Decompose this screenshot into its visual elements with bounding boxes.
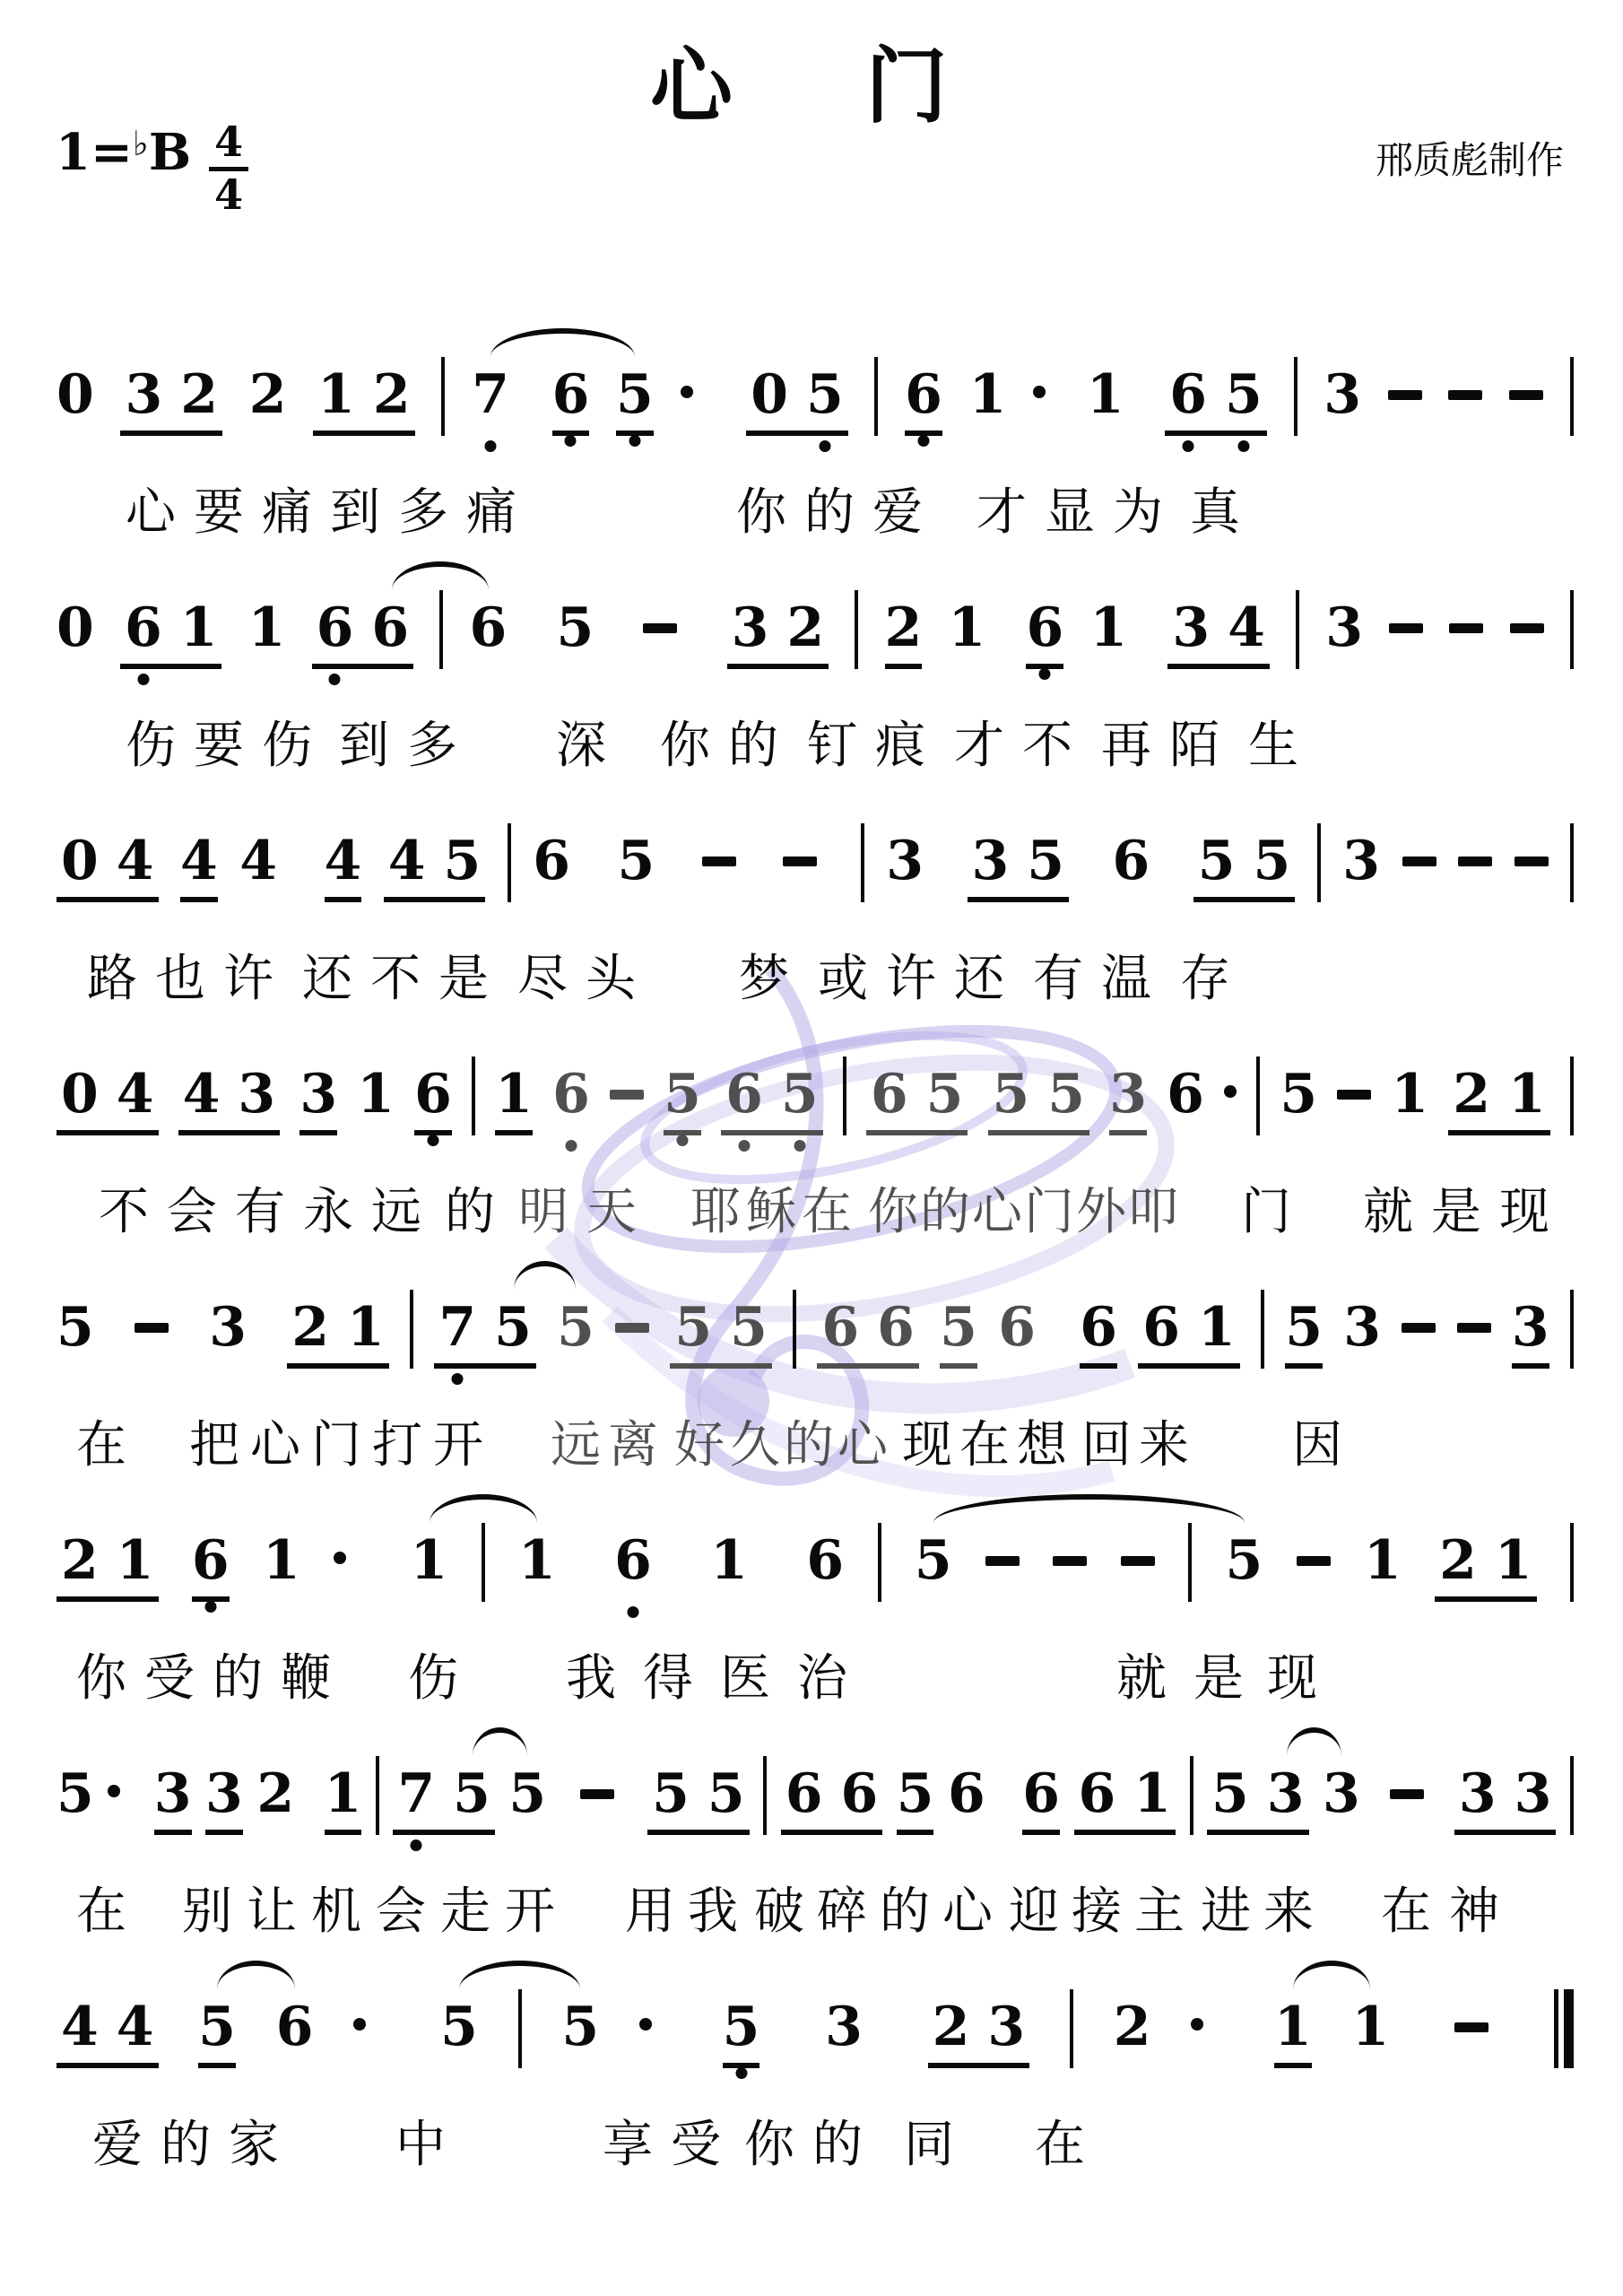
note: 2 <box>1114 2000 1151 2068</box>
note: 6 <box>725 1067 763 1121</box>
note: 1 <box>1391 1067 1428 1135</box>
beam-group: 04 <box>56 834 159 902</box>
note: 1 <box>1274 2000 1312 2068</box>
note: 5 <box>781 1067 819 1121</box>
lyric: 会 <box>167 1187 217 1238</box>
notation-systems: 03221276505611653心要痛到多痛你的爱才显为真0611666532… <box>49 359 1574 2224</box>
note-row: 4456555323211 <box>49 1991 1574 2068</box>
note: 7 <box>438 1300 476 1354</box>
lyric: 的 <box>784 1421 834 1471</box>
note: 6 <box>552 1067 590 1135</box>
beam-group: 66 <box>781 1767 883 1835</box>
barline <box>843 1057 846 1135</box>
octave-dot <box>735 2067 747 2079</box>
system-5: 5321755556656661533在把心门打开远离好久的心现在想回来因 <box>49 1291 1574 1525</box>
note: 6 <box>840 1767 878 1821</box>
note: 5 <box>707 1767 745 1821</box>
beam-group: 66 <box>312 601 414 669</box>
lyric: 的 <box>161 2120 211 2170</box>
duration-dash <box>615 1323 649 1333</box>
lyric: 多 <box>398 488 448 538</box>
lyric: 想 <box>1017 1421 1067 1471</box>
lyric: 天 <box>586 1187 637 1238</box>
lyric: 的 <box>804 488 855 538</box>
note: 0 <box>56 368 94 436</box>
barline <box>861 823 864 902</box>
key-letter: B <box>149 123 191 182</box>
note-row: 21611161655121 <box>49 1525 1574 1602</box>
lyric: 神 <box>1449 1887 1499 1937</box>
note: 5 <box>56 1767 94 1835</box>
duration-dash <box>580 1789 614 1799</box>
note: 3 <box>825 2000 863 2068</box>
lyric: 钉 <box>807 721 857 771</box>
note: 4 <box>117 834 154 888</box>
note: 3 <box>154 1767 192 1835</box>
note: 7 <box>397 1767 435 1821</box>
lyric: 不 <box>370 954 421 1004</box>
note: 0 <box>751 368 788 422</box>
note: 3 <box>299 1067 337 1135</box>
note: 1 <box>317 368 355 422</box>
note: 5 <box>440 2000 478 2068</box>
lyric: 走 <box>440 1887 490 1937</box>
octave-dot <box>1183 440 1194 452</box>
note: 2 <box>786 601 824 655</box>
lyric: 是 <box>438 954 489 1004</box>
note: 3 <box>987 2000 1025 2054</box>
note: 4 <box>117 1067 154 1121</box>
lyric: 的 <box>812 2120 863 2170</box>
credit: 邢质彪制作 <box>1376 142 1564 179</box>
duration-dash <box>1337 1090 1371 1100</box>
beam-group: 65 <box>866 1067 968 1135</box>
beam-group: 65 <box>1165 368 1267 436</box>
beam-group: 61 <box>1074 1767 1176 1835</box>
note: 1 <box>1508 1067 1546 1121</box>
duration-dash <box>1449 623 1483 633</box>
barline <box>878 1523 881 1602</box>
lyric: 迎 <box>1009 1887 1059 1937</box>
augmentation-dot <box>1191 2018 1203 2031</box>
lyric: 许 <box>886 954 936 1004</box>
lyric: 心 <box>942 1887 993 1937</box>
slur <box>490 328 635 357</box>
octave-dot <box>1237 440 1249 452</box>
note: 3 <box>1109 1067 1147 1135</box>
note: 6 <box>806 1534 844 1602</box>
note: 5 <box>616 368 654 436</box>
lyric: 碎 <box>817 1887 867 1937</box>
lyric: 多 <box>407 721 457 771</box>
lyric: 门 <box>311 1421 361 1471</box>
note: 4 <box>239 834 277 902</box>
lyric: 主 <box>1134 1887 1185 1937</box>
note: 3 <box>1267 1767 1305 1821</box>
note: 3 <box>1515 1767 1552 1821</box>
beam-group: 53 <box>1207 1767 1309 1835</box>
lyric: 明 <box>518 1187 568 1238</box>
lyric: 的 <box>880 1887 930 1937</box>
beam-group: 55 <box>988 1067 1090 1135</box>
key-text: 1=♭B <box>56 127 191 178</box>
note: 5 <box>1198 834 1236 888</box>
beam-group: 23 <box>928 2000 1030 2068</box>
lyric: 治 <box>797 1654 847 1704</box>
lyric: 好 <box>674 1421 725 1471</box>
lyric-row: 伤要伤到多深你的钉痕才不再陌生 <box>49 721 1574 771</box>
note: 1 <box>180 601 218 655</box>
lyric: 的 <box>445 1187 495 1238</box>
octave-dot <box>628 1606 639 1618</box>
lyric: 心 <box>250 1421 300 1471</box>
lyric: 稣 <box>746 1187 796 1238</box>
note: 2 <box>180 368 218 422</box>
note: 6 <box>1022 1767 1060 1835</box>
note-row: 0443316165656555365121 <box>49 1058 1574 1135</box>
lyric: 要 <box>194 721 244 771</box>
system-4: 0443316165656555365121不会有永远的明天耶稣在你的心门外叩门… <box>49 1058 1574 1291</box>
note: 3 <box>1459 1767 1497 1821</box>
note: 6 <box>1026 601 1063 669</box>
barline <box>1261 1290 1264 1369</box>
note: 5 <box>652 1767 690 1821</box>
lyric: 有 <box>235 1187 285 1238</box>
note: 5 <box>926 1067 964 1121</box>
octave-dot <box>411 1839 422 1851</box>
octave-dot <box>484 440 496 452</box>
key-signature: 1=♭B 4 4 <box>56 127 248 217</box>
song-title: 心 门 <box>0 45 1623 127</box>
note: 3 <box>732 601 769 655</box>
note: 6 <box>317 601 354 655</box>
note: 1 <box>411 1534 448 1602</box>
barline <box>1570 590 1574 669</box>
duration-dash <box>783 857 817 866</box>
note: 6 <box>1113 834 1150 902</box>
note: 5 <box>1225 368 1263 422</box>
lyric: 痛 <box>262 488 312 538</box>
note: 5 <box>56 1300 94 1369</box>
lyric: 永 <box>303 1187 353 1238</box>
note: 4 <box>117 2000 154 2054</box>
beam-group: 35 <box>968 834 1070 902</box>
note: 6 <box>192 1534 230 1602</box>
lyric: 温 <box>1101 954 1151 1004</box>
lyric: 到 <box>339 721 389 771</box>
duration-dash <box>1389 623 1423 633</box>
lyric: 许 <box>223 954 273 1004</box>
lyric: 外 <box>1076 1187 1126 1238</box>
lyric: 在 <box>1381 1887 1431 1937</box>
barline <box>439 590 443 669</box>
augmentation-dot <box>639 2018 652 2031</box>
lyric-row: 心要痛到多痛你的爱才显为真 <box>49 488 1574 538</box>
octave-dot <box>204 1601 216 1613</box>
note: 1 <box>117 1534 154 1587</box>
lyric: 痕 <box>875 721 925 771</box>
barline <box>1570 1756 1574 1835</box>
lyric: 尽 <box>517 954 568 1004</box>
beam-group: 21 <box>56 1534 159 1602</box>
beam-group: 21 <box>1448 1067 1550 1135</box>
duration-dash <box>1390 1789 1424 1799</box>
lyric: 在 <box>1035 2120 1085 2170</box>
note: 1 <box>357 1067 395 1135</box>
augmentation-dot <box>108 1785 120 1797</box>
note: 2 <box>291 1300 329 1354</box>
note: 2 <box>1439 1534 1477 1587</box>
barline <box>410 1290 413 1369</box>
note: 5 <box>561 2000 599 2068</box>
barline <box>482 1523 485 1602</box>
octave-dot <box>428 1135 439 1146</box>
flat-sign: ♭ <box>133 124 149 163</box>
beam-group: 21 <box>287 1300 389 1369</box>
note: 5 <box>1280 1067 1317 1135</box>
beam-group: 65 <box>721 1067 823 1135</box>
note: 6 <box>1142 1300 1180 1354</box>
lyric: 现 <box>902 1421 952 1471</box>
duration-dash <box>1509 390 1543 400</box>
lyric: 是 <box>1431 1187 1481 1238</box>
lyric: 让 <box>247 1887 297 1937</box>
barline <box>441 357 445 436</box>
system-7: 5332175555665666153333在别让机会走开用我破碎的心迎接主进来… <box>49 1758 1574 1991</box>
lyric: 在 <box>76 1887 126 1937</box>
note: 5 <box>453 1767 490 1821</box>
octave-dot <box>738 1140 750 1152</box>
barline <box>1570 1057 1574 1135</box>
lyric: 心 <box>972 1187 1022 1238</box>
lyric: 伤 <box>408 1654 458 1704</box>
note: 1 <box>1198 1300 1236 1354</box>
lyric: 生 <box>1248 721 1298 771</box>
note: 6 <box>533 834 570 902</box>
note: 6 <box>1080 1300 1117 1369</box>
note: 5 <box>1285 1300 1323 1369</box>
lyric: 也 <box>155 954 205 1004</box>
barline <box>1570 1290 1574 1369</box>
lyric: 是 <box>1193 1654 1244 1704</box>
note: 6 <box>1169 368 1207 422</box>
lyric: 现 <box>1267 1654 1317 1704</box>
barline <box>1317 823 1321 902</box>
duration-dash <box>135 1323 169 1333</box>
note: 6 <box>821 1300 859 1354</box>
lyric: 你 <box>744 2120 794 2170</box>
beam-group: 75 <box>393 1767 495 1835</box>
lyric: 伤 <box>126 721 176 771</box>
barline <box>1070 1989 1073 2068</box>
note: 6 <box>371 601 409 655</box>
note: 5 <box>730 1300 768 1354</box>
note: 1 <box>1133 1767 1171 1821</box>
barline <box>793 1290 796 1369</box>
duration-dash <box>1053 1556 1087 1566</box>
note: 4 <box>325 834 362 902</box>
lyric-row: 不会有永远的明天耶稣在你的心门外叩门就是现 <box>49 1187 1574 1238</box>
system-8: 4456555323211爱的家中享受你的同在 <box>49 1991 1574 2224</box>
barline <box>855 590 858 669</box>
lyric: 破 <box>754 1887 804 1937</box>
lyric: 你 <box>660 721 710 771</box>
lyric: 鞭 <box>281 1654 331 1704</box>
note: 5 <box>1254 834 1291 888</box>
note: 5 <box>1047 1067 1085 1121</box>
note: 3 <box>1323 1767 1360 1835</box>
note: 5 <box>618 834 655 902</box>
note: 6 <box>276 2000 314 2068</box>
lyric: 开 <box>433 1421 483 1471</box>
lyric-row: 在别让机会走开用我破碎的心迎接主进来在神 <box>49 1887 1574 1937</box>
lyric: 回 <box>1081 1421 1132 1471</box>
note: 5 <box>557 1300 595 1369</box>
lyric: 还 <box>954 954 1004 1004</box>
duration-dash <box>610 1090 644 1100</box>
note: 1 <box>710 1534 748 1602</box>
lyric: 要 <box>194 488 244 538</box>
note: 3 <box>972 834 1010 888</box>
note: 2 <box>933 2000 970 2054</box>
note: 1 <box>347 1300 385 1354</box>
lyric: 会 <box>376 1887 426 1937</box>
note: 4 <box>1228 601 1265 655</box>
note: 4 <box>183 1067 221 1121</box>
note: 4 <box>61 2000 99 2054</box>
note: 3 <box>238 1067 275 1121</box>
note: 3 <box>205 1767 243 1835</box>
beam-group: 43 <box>178 1067 281 1135</box>
duration-dash <box>1457 1323 1491 1333</box>
augmentation-dot <box>681 386 693 398</box>
barline <box>376 1756 379 1835</box>
octave-dot <box>629 435 640 447</box>
barline <box>472 1057 475 1135</box>
beam-group: 34 <box>1167 601 1270 669</box>
note: 1 <box>1351 2000 1389 2068</box>
note: 2 <box>1453 1067 1490 1121</box>
beam-group: 44 <box>56 2000 159 2068</box>
barline <box>1570 823 1574 902</box>
lyric: 就 <box>1363 1187 1413 1238</box>
octave-dot <box>329 674 341 685</box>
time-signature: 4 4 <box>209 120 248 217</box>
note: 6 <box>552 368 590 436</box>
lyric: 就 <box>1116 1654 1167 1704</box>
note: 6 <box>125 601 162 655</box>
duration-dash <box>1458 857 1492 866</box>
note: 2 <box>249 368 287 436</box>
note: 5 <box>674 1300 712 1354</box>
note: 5 <box>1211 1767 1249 1821</box>
duration-dash <box>1388 390 1422 400</box>
augmentation-dot <box>334 1552 346 1564</box>
lyric: 爱 <box>872 488 923 538</box>
octave-dot <box>677 1135 689 1146</box>
lyric: 家 <box>229 2120 279 2170</box>
lyric: 远 <box>371 1187 421 1238</box>
barline <box>518 1989 522 2068</box>
note: 6 <box>948 1767 985 1835</box>
lyric: 痛 <box>466 488 516 538</box>
lyric: 现 <box>1499 1187 1549 1238</box>
note: 7 <box>472 368 509 436</box>
note: 6 <box>785 1767 823 1821</box>
note: 3 <box>125 368 162 422</box>
note: 5 <box>508 1767 546 1835</box>
lyric: 才 <box>954 721 1004 771</box>
lyric: 中 <box>395 2120 446 2170</box>
note: 3 <box>209 1300 247 1369</box>
lyric: 来 <box>1139 1421 1189 1471</box>
lyric: 深 <box>556 721 606 771</box>
beam-group: 32 <box>120 368 222 436</box>
barline <box>1188 1523 1192 1602</box>
octave-dot <box>565 435 577 447</box>
lyric: 真 <box>1190 488 1240 538</box>
octave-dot <box>918 435 930 447</box>
time-signature-denominator: 4 <box>214 171 243 218</box>
lyric: 路 <box>87 954 137 1004</box>
note: 3 <box>1172 601 1210 655</box>
beam-group: 33 <box>1454 1767 1557 1835</box>
note: 1 <box>518 1534 556 1602</box>
octave-dot <box>819 440 830 452</box>
note: 6 <box>905 368 942 436</box>
duration-dash <box>643 623 677 633</box>
note: 5 <box>664 1067 701 1135</box>
final-barline <box>1554 1989 1574 2068</box>
lyric: 打 <box>372 1421 422 1471</box>
duration-dash <box>1510 623 1544 633</box>
beam-group: 55 <box>1193 834 1296 902</box>
note: 6 <box>998 1300 1036 1369</box>
note: 6 <box>1079 1767 1116 1821</box>
lyric: 你 <box>868 1187 918 1238</box>
note: 2 <box>256 1767 294 1835</box>
lyric: 我 <box>688 1887 738 1937</box>
beam-group: 32 <box>727 601 829 669</box>
system-2: 06116665322161343伤要伤到多深你的钉痕才不再陌生 <box>49 592 1574 825</box>
lyric: 因 <box>1292 1421 1342 1471</box>
lyric: 你 <box>76 1654 126 1704</box>
note: 2 <box>885 601 923 669</box>
lyric: 受 <box>144 1654 195 1704</box>
lyric: 不 <box>99 1187 149 1238</box>
lyric-row: 你受的鞭伤我得医治就是现 <box>49 1654 1574 1704</box>
lyric: 梦 <box>739 954 789 1004</box>
lyric: 久 <box>730 1421 780 1471</box>
duration-dash <box>702 857 736 866</box>
lyric: 的 <box>213 1654 263 1704</box>
note: 5 <box>897 1767 934 1835</box>
note: 6 <box>877 1300 915 1354</box>
lyric: 用 <box>625 1887 675 1937</box>
system-3: 0444445653356553路也许还不是尽头梦或许还有温存 <box>49 825 1574 1058</box>
lyric: 的 <box>920 1187 970 1238</box>
duration-dash <box>1515 857 1549 866</box>
note: 3 <box>886 834 924 902</box>
duration-dash <box>1454 2022 1488 2032</box>
note: 1 <box>1495 1534 1532 1587</box>
note: 1 <box>1364 1534 1402 1602</box>
duration-dash <box>1297 1556 1331 1566</box>
duration-dash <box>1448 390 1482 400</box>
lyric: 离 <box>608 1421 658 1471</box>
octave-dot <box>565 1140 577 1152</box>
note: 5 <box>444 834 482 888</box>
